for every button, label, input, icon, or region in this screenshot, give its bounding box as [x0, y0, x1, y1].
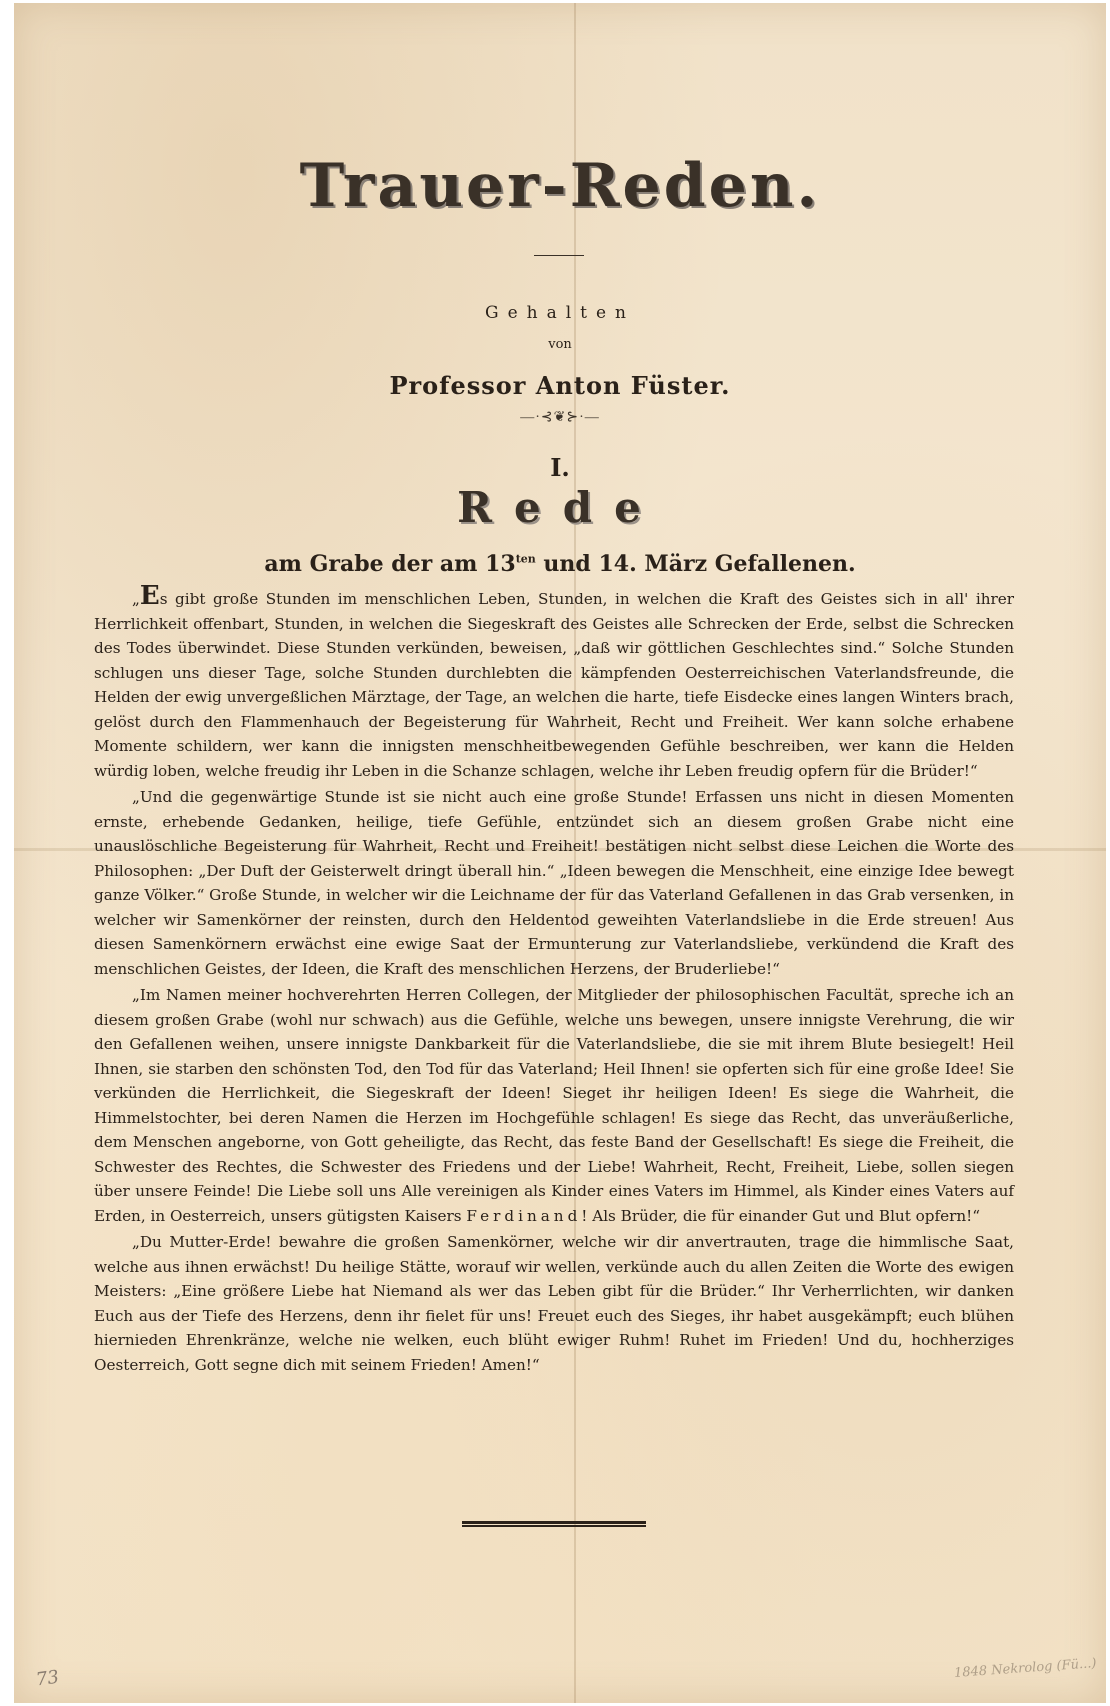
subtitle-superscript: ten [516, 553, 536, 566]
document-page: Trauer-Reden. Gehalten von Professor Ant… [14, 3, 1106, 1703]
by-label: von [14, 337, 1106, 352]
ornament-divider-icon: —·⊰❦⊱·— [14, 409, 1106, 426]
author-name: Professor Anton Füster. [14, 371, 1106, 400]
held-label: Gehalten [14, 303, 1106, 323]
paragraph-2: „Und die gegenwärtige Stunde ist sie nic… [94, 785, 1014, 981]
open-quote: „ [132, 590, 140, 608]
speech-body: „Es gibt große Stunden im menschlichen L… [94, 587, 1014, 1379]
section-heading: Rede [14, 483, 1106, 532]
title-underline-rule [534, 255, 584, 256]
subtitle-pre: am Grabe der am 13 [264, 551, 515, 577]
closing-double-rule [462, 1521, 646, 1527]
archive-number: 73 [35, 1667, 61, 1691]
paragraph-3: „Im Namen meiner hochverehrten Herren Co… [94, 983, 1014, 1228]
section-subtitle: am Grabe der am 13ten und 14. März Gefal… [14, 551, 1106, 577]
drop-cap: E [140, 581, 160, 611]
document-title: Trauer-Reden. [14, 151, 1106, 221]
paragraph-1: „Es gibt große Stunden im menschlichen L… [94, 587, 1014, 783]
paragraph-4: „Du Mutter-Erde! bewahre die großen Same… [94, 1230, 1014, 1377]
emperor-name: Ferdinand [466, 1207, 581, 1225]
subtitle-post: und 14. März Gefallenen. [536, 551, 856, 577]
paragraph-1-text: s gibt große Stunden im menschlichen Leb… [94, 590, 1014, 780]
paragraph-3-text-post: ! Als Brüder, die für einander Gut und B… [581, 1207, 980, 1225]
section-numeral: I. [14, 453, 1106, 482]
paragraph-3-text-pre: „Im Namen meiner hochverehrten Herren Co… [94, 986, 1014, 1225]
pencil-annotation: 1848 Nekrolog (Fü...) [954, 1656, 1097, 1681]
